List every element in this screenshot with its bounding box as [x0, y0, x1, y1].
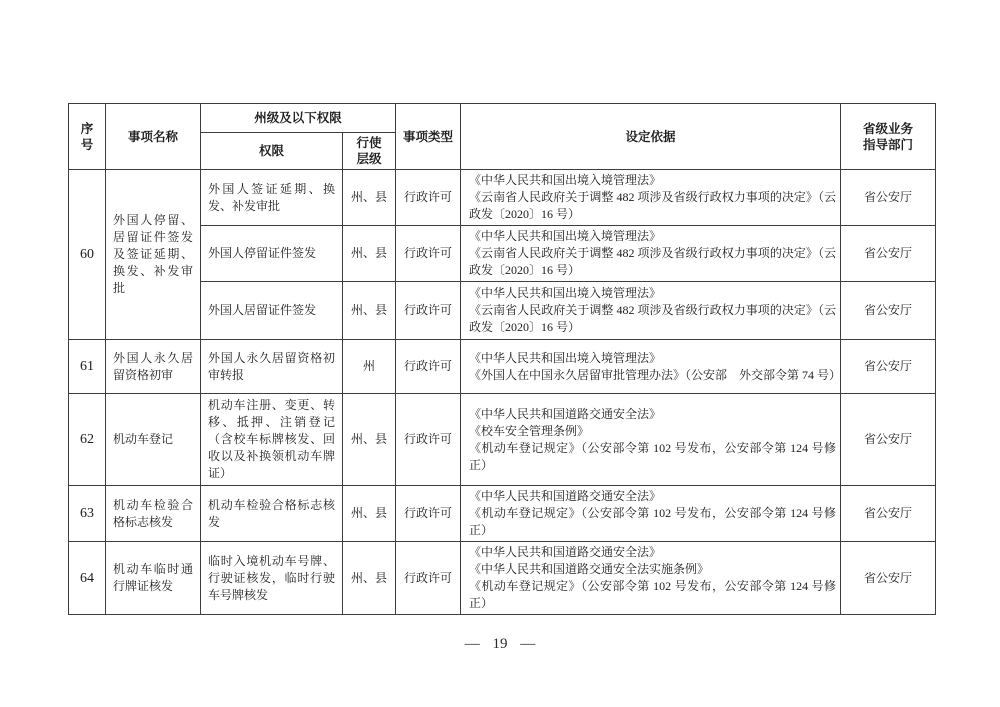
table-row: 60 外国人停留、居留证件签发及签证延期、换发、补发审批 外国人签证延期、换发、…	[69, 170, 936, 226]
dept-cell: 省公安厅	[841, 170, 936, 226]
header-serial: 序 号	[69, 104, 106, 170]
item-name-cell: 外国人永久居留资格初审	[106, 340, 201, 394]
basis-line: 《中华人民共和国出境入境管理法》	[469, 285, 836, 302]
header-dept-line2: 指导部门	[843, 137, 933, 153]
header-item-type: 事项类型	[396, 104, 461, 170]
header-dept-line1: 省级业务	[843, 121, 933, 137]
basis-line: 《机动车登记规定》（公安部令第 102 号发布，公安部令第 124 号修正）	[469, 505, 836, 539]
basis-line: 《外国人在中国永久居留审批管理办法》（公安部 外交部令第 74 号）	[469, 367, 836, 384]
type-cell: 行政许可	[396, 282, 461, 340]
basis-line: 《中华人民共和国出境入境管理法》	[469, 350, 836, 367]
authority-cell: 外国人停留证件签发	[201, 226, 343, 282]
table-row: 62 机动车登记 机动车注册、变更、转移、抵押、注销登记（含校车标牌核发、回收以…	[69, 394, 936, 486]
basis-line: 《云南省人民政府关于调整 482 项涉及省级行政权力事项的决定》（云政发〔202…	[469, 302, 836, 336]
basis-line: 《中华人民共和国道路交通安全法实施条例》	[469, 561, 836, 578]
dept-cell: 省公安厅	[841, 282, 936, 340]
type-cell: 行政许可	[396, 486, 461, 542]
basis-line: 《机动车登记规定》（公安部令第 102 号发布，公安部令第 124 号修正）	[469, 578, 836, 612]
item-name-cell: 机动车临时通行牌证核发	[106, 542, 201, 615]
header-authority: 权限	[201, 133, 343, 170]
basis-line: 《校车安全管理条例》	[469, 423, 836, 440]
dept-cell: 省公安厅	[841, 226, 936, 282]
dept-cell: 省公安厅	[841, 340, 936, 394]
item-name-cell: 机动车登记	[106, 394, 201, 486]
type-cell: 行政许可	[396, 170, 461, 226]
serial-cell: 64	[69, 542, 106, 615]
basis-line: 《中华人民共和国出境入境管理法》	[469, 228, 836, 245]
level-cell: 州	[343, 340, 396, 394]
serial-cell: 61	[69, 340, 106, 394]
basis-line: 《机动车登记规定》（公安部令第 102 号发布，公安部令第 124 号修正）	[469, 440, 836, 474]
authority-cell: 外国人永久居留资格初审转报	[201, 340, 343, 394]
table-row: 63 机动车检验合格标志核发 机动车检验合格标志核发 州、县 行政许可 《中华人…	[69, 486, 936, 542]
basis-cell: 《中华人民共和国道路交通安全法》 《校车安全管理条例》 《机动车登记规定》（公安…	[461, 394, 841, 486]
serial-cell: 62	[69, 394, 106, 486]
level-cell: 州、县	[343, 542, 396, 615]
basis-line: 《云南省人民政府关于调整 482 项涉及省级行政权力事项的决定》（云政发〔202…	[469, 189, 836, 223]
header-item-name: 事项名称	[106, 104, 201, 170]
basis-cell: 《中华人民共和国出境入境管理法》 《外国人在中国永久居留审批管理办法》（公安部 …	[461, 340, 841, 394]
header-level: 行使 层级	[343, 133, 396, 170]
type-cell: 行政许可	[396, 394, 461, 486]
page-number: — 19 —	[0, 636, 1000, 653]
level-cell: 州、县	[343, 226, 396, 282]
basis-cell: 《中华人民共和国出境入境管理法》 《云南省人民政府关于调整 482 项涉及省级行…	[461, 282, 841, 340]
type-cell: 行政许可	[396, 226, 461, 282]
authority-cell: 外国人居留证件签发	[201, 282, 343, 340]
basis-cell: 《中华人民共和国出境入境管理法》 《云南省人民政府关于调整 482 项涉及省级行…	[461, 226, 841, 282]
header-authority-group: 州级及以下权限	[201, 104, 396, 133]
type-cell: 行政许可	[396, 542, 461, 615]
authority-cell: 外国人签证延期、换发、补发审批	[201, 170, 343, 226]
header-dept: 省级业务 指导部门	[841, 104, 936, 170]
item-name-cell: 外国人停留、居留证件签发及签证延期、换发、补发审批	[106, 170, 201, 340]
header-basis: 设定依据	[461, 104, 841, 170]
table-row: 61 外国人永久居留资格初审 外国人永久居留资格初审转报 州 行政许可 《中华人…	[69, 340, 936, 394]
authority-cell: 机动车检验合格标志核发	[201, 486, 343, 542]
serial-cell: 60	[69, 170, 106, 340]
header-serial-line2: 号	[71, 137, 103, 153]
header-level-line2: 层级	[345, 151, 393, 167]
dept-cell: 省公安厅	[841, 394, 936, 486]
dept-cell: 省公安厅	[841, 486, 936, 542]
authority-cell: 临时入境机动车号牌、行驶证核发，临时行驶车号牌核发	[201, 542, 343, 615]
level-cell: 州、县	[343, 282, 396, 340]
basis-line: 《中华人民共和国出境入境管理法》	[469, 172, 836, 189]
table-header-row-1: 序 号 事项名称 州级及以下权限 事项类型 设定依据 省级业务 指导部门	[69, 104, 936, 133]
basis-cell: 《中华人民共和国道路交通安全法》 《中华人民共和国道路交通安全法实施条例》 《机…	[461, 542, 841, 615]
authority-cell: 机动车注册、变更、转移、抵押、注销登记（含校车标牌核发、回收以及补换领机动车牌证…	[201, 394, 343, 486]
item-name-cell: 机动车检验合格标志核发	[106, 486, 201, 542]
basis-line: 《中华人民共和国道路交通安全法》	[469, 406, 836, 423]
dept-cell: 省公安厅	[841, 542, 936, 615]
level-cell: 州、县	[343, 486, 396, 542]
level-cell: 州、县	[343, 170, 396, 226]
header-serial-line1: 序	[71, 121, 103, 137]
table-row: 64 机动车临时通行牌证核发 临时入境机动车号牌、行驶证核发，临时行驶车号牌核发…	[69, 542, 936, 615]
serial-cell: 63	[69, 486, 106, 542]
basis-cell: 《中华人民共和国道路交通安全法》 《机动车登记规定》（公安部令第 102 号发布…	[461, 486, 841, 542]
basis-line: 《云南省人民政府关于调整 482 项涉及省级行政权力事项的决定》（云政发〔202…	[469, 245, 836, 279]
basis-cell: 《中华人民共和国出境入境管理法》 《云南省人民政府关于调整 482 项涉及省级行…	[461, 170, 841, 226]
type-cell: 行政许可	[396, 340, 461, 394]
basis-line: 《中华人民共和国道路交通安全法》	[469, 544, 836, 561]
authority-items-table: 序 号 事项名称 州级及以下权限 事项类型 设定依据 省级业务 指导部门 权限 …	[68, 103, 936, 615]
level-cell: 州、县	[343, 394, 396, 486]
document-page: 序 号 事项名称 州级及以下权限 事项类型 设定依据 省级业务 指导部门 权限 …	[0, 0, 1000, 707]
header-level-line1: 行使	[345, 135, 393, 151]
basis-line: 《中华人民共和国道路交通安全法》	[469, 488, 836, 505]
